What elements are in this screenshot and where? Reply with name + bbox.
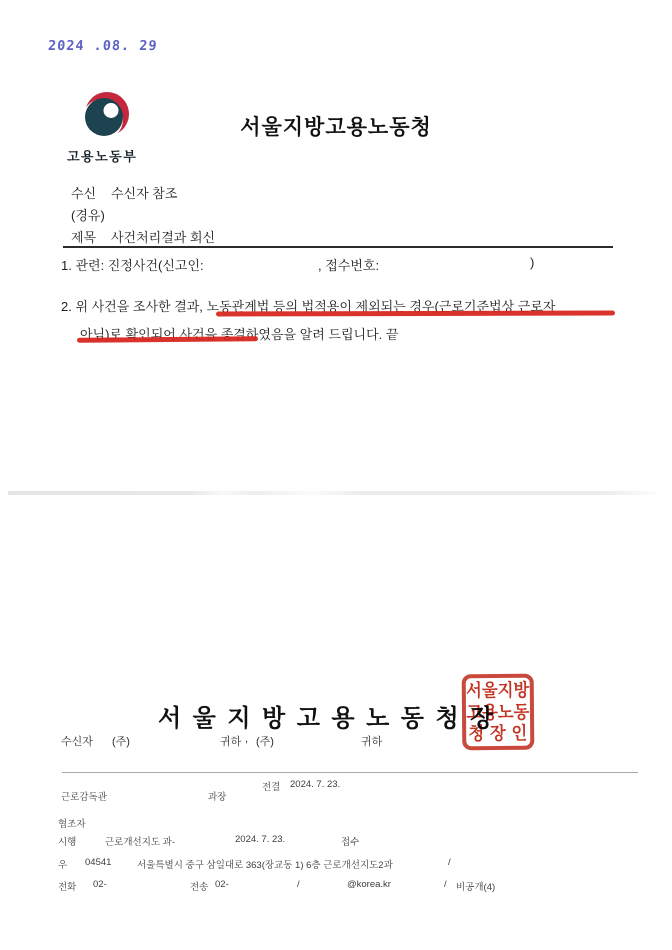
subject-label: 제목 <box>71 227 96 246</box>
phone-value: 02- <box>93 879 107 890</box>
postal-label: 우 <box>58 857 67 871</box>
scanned-official-document: 2024 .08. 29 고용노동부 서울지방고용노동청 수신 수신자 참조 (… <box>0 0 672 950</box>
fax-value: 02- <box>215 879 229 890</box>
postal-code: 04541 <box>85 857 111 868</box>
subject-value: 사건처리결과 회신 <box>111 227 215 246</box>
decision-label: 전결 <box>262 779 280 793</box>
receipt-number-label: , 접수번호: <box>318 255 379 274</box>
closing-paren: ) <box>530 255 534 270</box>
footer-divider-line <box>62 772 638 773</box>
drafter-title: 근로감독관 <box>61 789 107 803</box>
ministry-name: 고용노동부 <box>67 146 137 165</box>
seal-text-row: 청장인 <box>463 724 534 742</box>
receipt-label: 접수 <box>341 834 359 848</box>
decision-date: 2024. 7. 23. <box>290 779 340 790</box>
email-value: @korea.kr <box>347 879 391 890</box>
scan-artifact-band <box>8 491 656 495</box>
recipient-separator: , <box>245 733 248 745</box>
seal-text-row: 서울지방 <box>466 682 529 700</box>
header-divider-line <box>63 246 613 248</box>
contact-slash-2: / <box>444 879 447 890</box>
issue-label: 시행 <box>58 834 76 848</box>
to-label: 수신 <box>71 183 96 202</box>
red-marker-underline-1 <box>216 310 615 316</box>
agency-title: 서울지방고용노동청 <box>0 111 672 141</box>
signer-title: 서울지방고용노동청장 <box>158 698 505 733</box>
issue-date: 2024. 7. 23. <box>235 834 285 845</box>
seal-text-row: 고용노동 <box>466 703 529 721</box>
contact-slash-1: / <box>297 879 300 890</box>
recipient-company-1: (주) <box>112 733 130 749</box>
manager-title: 과장 <box>208 789 226 803</box>
issue-doc-number: 근로개선지도 과- <box>105 834 175 848</box>
recipients-label: 수신자 <box>61 733 93 749</box>
recipient-honorific-2: 귀하 <box>361 733 382 749</box>
disclosure-level: 비공개(4) <box>456 879 495 893</box>
received-date-stamp: 2024 .08. 29 <box>47 38 158 54</box>
cooperator-label: 협조자 <box>58 816 86 830</box>
related-case-text: 1. 관련: 진정사건(신고인: <box>61 255 204 274</box>
official-red-seal-icon: 서울지방 고용노동 청장인 <box>462 674 535 751</box>
office-address: 서울특별시 중구 삼일대로 363(장교동 1) 6층 근로개선지도2과 <box>137 857 393 871</box>
to-value: 수신자 참조 <box>111 183 177 202</box>
recipient-honorific-1: 귀하 <box>220 733 241 749</box>
recipient-company-2: (주) <box>256 733 274 749</box>
fax-label: 전송 <box>190 879 208 893</box>
via-line: (경유) <box>71 205 105 224</box>
phone-label: 전화 <box>58 879 76 893</box>
address-slash: / <box>448 857 451 868</box>
